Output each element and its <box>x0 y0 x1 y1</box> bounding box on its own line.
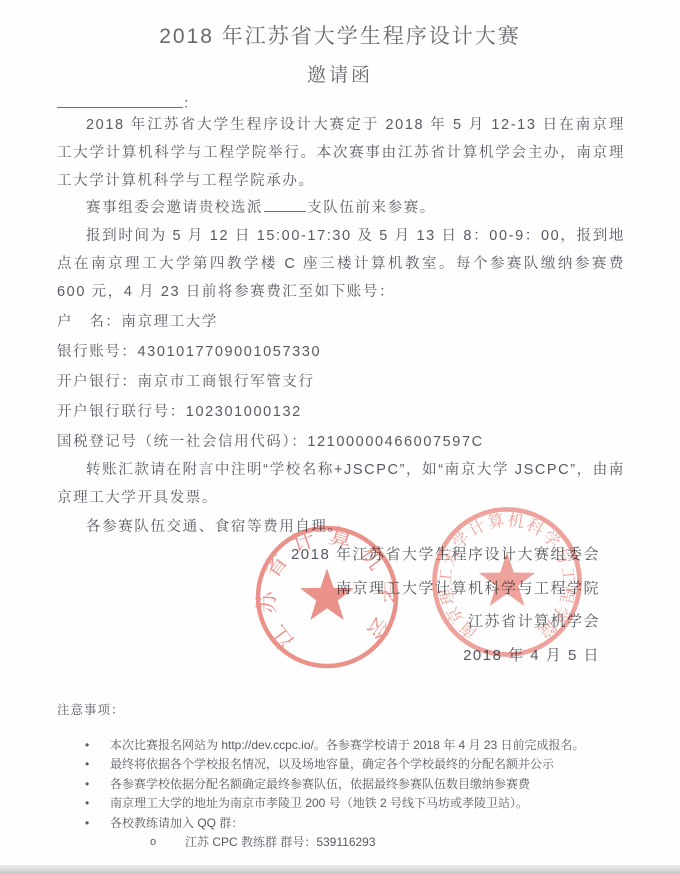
bullet-icon: • <box>85 814 110 833</box>
salutation-blank <box>57 92 183 108</box>
note-item: • 南京理工大学的地址为南京市孝陵卫 200 号（地铁 2 号线下马坊或孝陵卫站… <box>85 794 660 813</box>
note-sub-item: o 江苏 CPC 教练群 群号：539116293 <box>85 833 660 852</box>
sub-bullet-icon: o <box>150 833 185 852</box>
signature-host-school: 南京理工大学计算机科学与工程学院 <box>57 572 600 606</box>
note-text-qq-group: 各校教练请加入 QQ 群： <box>110 814 243 833</box>
invite-text-pre: 赛事组委会邀请贵校选派 <box>86 200 263 216</box>
note-item: • 本次比赛报名网站为 http://dev.ccpc.io/。各参赛学校请于 … <box>85 736 660 755</box>
salutation-colon: ： <box>183 95 197 111</box>
signature-computer-society: 江苏省计算机学会 <box>57 605 600 639</box>
notes-title: 注意事项： <box>57 700 125 718</box>
paragraph-registration: 报到时间为 5 月 12 日 15:00-17:30 及 5 月 13 日 8：… <box>57 222 625 306</box>
bullet-icon: • <box>85 736 110 755</box>
signature-date: 2018 年 4 月 5 日 <box>57 639 600 673</box>
bank-account-info: 户 名：南京理工大学 银行账号：4301017709001057330 开户银行… <box>57 307 625 457</box>
note-item: • 最终将依据各个学校报名情况，以及场地容量，确定各个学校最终的分配名额并公示 <box>85 755 660 774</box>
bank-account-number-line: 银行账号：4301017709001057330 <box>57 337 625 367</box>
notes-list: • 本次比赛报名网站为 http://dev.ccpc.io/。各参赛学校请于 … <box>85 736 660 852</box>
page-subtitle: 邀请函 <box>0 60 680 87</box>
note-text-address: 南京理工大学的地址为南京市孝陵卫 200 号（地铁 2 号线下马坊或孝陵卫站）。 <box>110 794 528 813</box>
bullet-icon: • <box>85 775 110 794</box>
note-text-fee: 各参赛学校依据分配名额确定最终参赛队伍，依据最终参赛队伍数目缴纳参赛费 <box>110 775 530 794</box>
team-count-blank <box>264 196 306 212</box>
scanned-invitation-letter: 2018 年江苏省大学生程序设计大赛 邀请函 ： 2018 年江苏省大学生程序设… <box>0 0 680 874</box>
tax-id-line: 国税登记号（统一社会信用代码）：12100000466007597C <box>57 427 625 457</box>
signature-block: 2018 年江苏省大学生程序设计大赛组委会 南京理工大学计算机科学与工程学院 江… <box>57 538 600 672</box>
account-holder-line: 户 名：南京理工大学 <box>57 307 625 337</box>
paragraph-transfer-note: 转账汇款请在附言中注明“学校名称+JSCPC”，如“南京大学 JSCPC”，由南… <box>57 456 625 512</box>
bank-name-line: 开户银行：南京市工商银行军管支行 <box>57 367 625 397</box>
salutation-line: ： <box>57 92 197 113</box>
paragraph-expenses: 各参赛队伍交通、食宿等费用自理。 <box>57 513 625 541</box>
signature-organizing-committee: 2018 年江苏省大学生程序设计大赛组委会 <box>57 538 600 572</box>
paragraph-event-info: 2018 年江苏省大学生程序设计大赛定于 2018 年 5 月 12-13 日在… <box>57 111 625 195</box>
bullet-icon: • <box>85 794 110 813</box>
page-title: 2018 年江苏省大学生程序设计大赛 <box>0 20 680 50</box>
note-item: • 各参赛学校依据分配名额确定最终参赛队伍，依据最终参赛队伍数目缴纳参赛费 <box>85 775 660 794</box>
note-text-quota: 最终将依据各个学校报名情况，以及场地容量，确定各个学校最终的分配名额并公示 <box>110 755 554 774</box>
scanner-edge-shadow <box>0 865 680 874</box>
paragraph-invitation: 赛事组委会邀请贵校选派支队伍前来参赛。 <box>57 194 625 222</box>
note-item: • 各校教练请加入 QQ 群： <box>85 814 660 833</box>
note-text-registration-site: 本次比赛报名网站为 http://dev.ccpc.io/。各参赛学校请于 20… <box>110 736 585 755</box>
bullet-icon: • <box>85 755 110 774</box>
note-text-qq-group-number: 江苏 CPC 教练群 群号：539116293 <box>185 833 376 852</box>
bank-branch-code-line: 开户银行联行号：102301000132 <box>57 397 625 427</box>
invite-text-post: 支队伍前来参赛。 <box>307 200 436 216</box>
